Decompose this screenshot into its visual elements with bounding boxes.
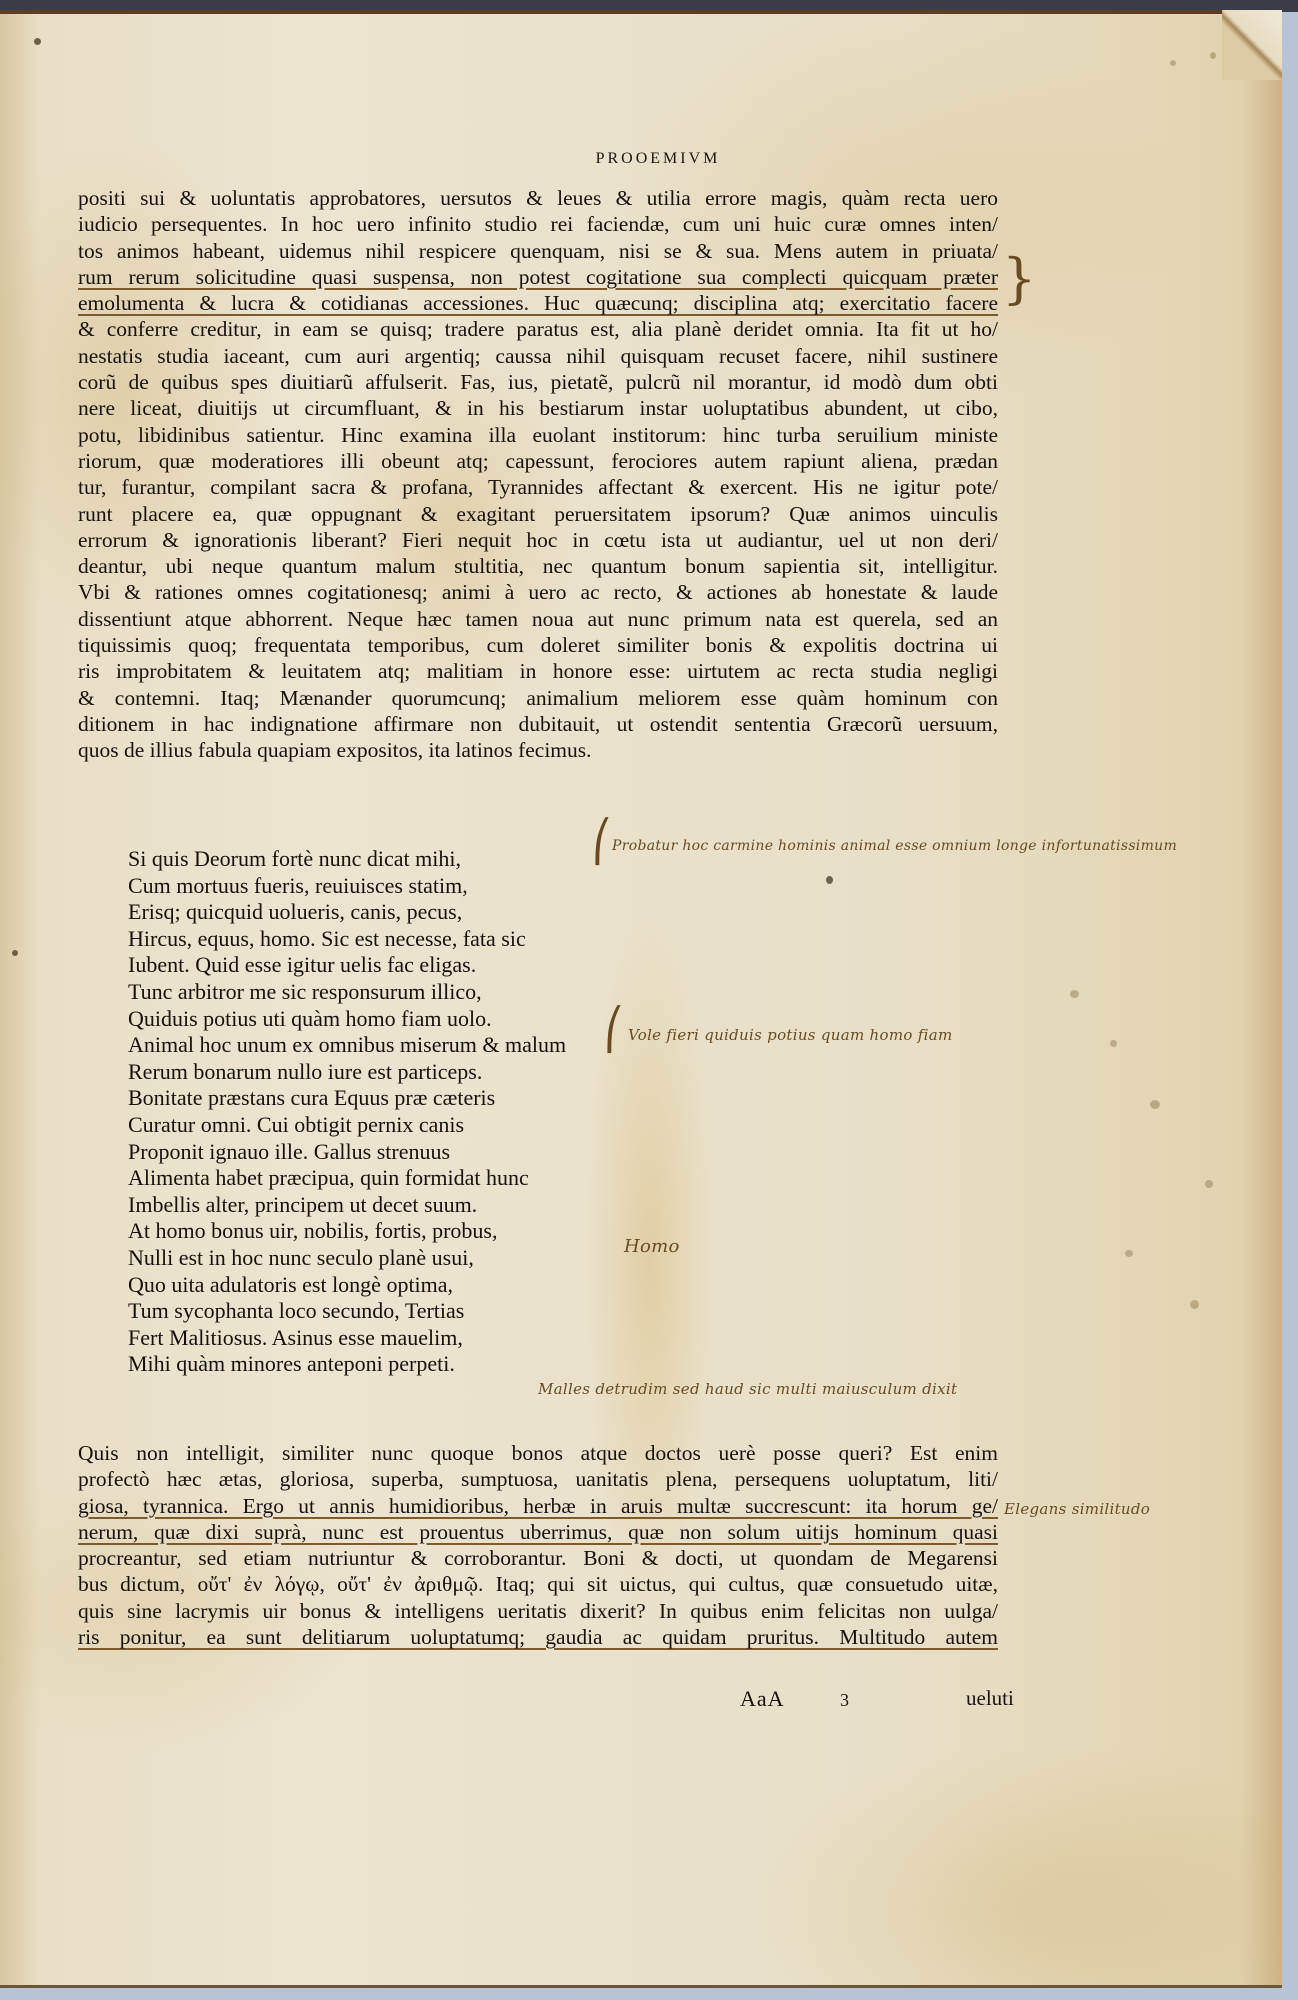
text-line-underlined: emolumenta & lucra & cotidianas accessio…	[78, 290, 998, 316]
marginal-annotation: Homo	[624, 1236, 680, 1257]
verse-line: Tunc arbitror me sic responsurum illico,	[128, 979, 566, 1006]
text-line: procreantur, sed etiam nutriuntur & corr…	[78, 1545, 998, 1571]
text-line: nere liceat, diuitijs ut circumfluant, &…	[78, 395, 998, 421]
verse-line: At homo bonus uir, nobilis, fortis, prob…	[128, 1218, 566, 1245]
marginal-annotation: Vole fieri quiduis potius quam homo fiam	[628, 1026, 953, 1044]
verse-line: Curatur omni. Cui obtigit pernix canis	[128, 1112, 566, 1139]
verse-line: Hircus, equus, homo. Sic est necesse, fa…	[128, 926, 566, 953]
verse-line: Iubent. Quid esse igitur uelis fac eliga…	[128, 952, 566, 979]
foxing-spot-icon	[1125, 1250, 1133, 1257]
marginal-annotation: Probatur hoc carmine hominis animal esse…	[612, 838, 1177, 854]
text-line: iudicio persequentes. In hoc uero infini…	[78, 211, 998, 237]
verse-line: Quiduis potius uti quàm homo fiam uolo.	[128, 1006, 566, 1033]
text-line: quos de illius fabula quapiam expositos,…	[78, 737, 998, 763]
prose-block-bottom: Quis non intelligit, similiter nunc quoq…	[78, 1440, 998, 1650]
ink-spot-icon	[34, 38, 41, 45]
foxing-spot-icon	[1190, 1300, 1199, 1309]
foxing-spot-icon	[1170, 60, 1176, 66]
foxing-spot-icon	[1070, 990, 1079, 998]
text-line-underlined: ris ponitur, ea sunt delitiarum uoluptat…	[78, 1624, 998, 1650]
text-line: deantur, ubi neque quantum malum stultit…	[78, 553, 998, 579]
foxing-spot-icon	[1110, 1040, 1117, 1047]
text-line-underlined: rum rerum solicitudine quasi suspensa, n…	[78, 264, 998, 290]
signature-mark: AaA	[740, 1686, 785, 1712]
foxing-spot-icon	[1210, 52, 1216, 59]
verse-line: Nulli est in hoc nunc seculo planè usui,	[128, 1245, 566, 1272]
text-line: & conferre creditur, in eam se quisq; tr…	[78, 316, 998, 342]
text-line-underlined: giosa, tyrannica. Ergo ut annis humidior…	[78, 1493, 998, 1519]
foxing-spot-icon	[1150, 1100, 1160, 1109]
text-line: & contemni. Itaq; Mænander quorumcunq; a…	[78, 685, 998, 711]
text-line: riorum, quæ moderatiores illi obeunt atq…	[78, 448, 998, 474]
text-line: runt placere ea, quæ oppugnant & exagita…	[78, 501, 998, 527]
verse-line: Si quis Deorum fortè nunc dicat mihi,	[128, 846, 566, 873]
text-line: Quis non intelligit, similiter nunc quoq…	[78, 1440, 998, 1466]
catchword: ueluti	[966, 1686, 1014, 1711]
text-line: quis sine lacrymis uir bonus & intellige…	[78, 1598, 998, 1624]
text-line: tur, furantur, compilant sacra & profana…	[78, 474, 998, 500]
verse-line: Animal hoc unum ex omnibus miserum & mal…	[128, 1032, 566, 1059]
text-line: potu, libidinibus satientur. Hinc examin…	[78, 422, 998, 448]
folded-corner	[1222, 10, 1282, 80]
margin-bracket-icon: ⎛	[604, 1010, 624, 1050]
text-line: ris improbitatem & leuitatem atq; maliti…	[78, 658, 998, 684]
text-line: ditionem in hac indignatione affirmare n…	[78, 711, 998, 737]
ink-spot-icon	[12, 950, 18, 956]
verse-line: Erisq; quicquid uolueris, canis, pecus,	[128, 899, 566, 926]
verse-line: Bonitate præstans cura Equus præ cæteris	[128, 1085, 566, 1112]
prose-block-top: positi sui & uoluntatis approbatores, ue…	[78, 185, 998, 764]
text-line: positi sui & uoluntatis approbatores, ue…	[78, 185, 998, 211]
verse-line: Imbellis alter, principem ut decet suum.	[128, 1192, 566, 1219]
text-line: Vbi & rationes omnes cogitationesq; anim…	[78, 579, 998, 605]
running-head: PROOEMIVM	[0, 150, 1298, 168]
verse-line: Alimenta habet præcipua, quin formidat h…	[128, 1165, 566, 1192]
text-line: tos animos habeant, uidemus nihil respic…	[78, 238, 998, 264]
text-line-underlined: nerum, quæ dixi suprà, nunc est prouentu…	[78, 1519, 998, 1545]
margin-bracket-icon: ⎛	[592, 822, 612, 862]
text-line: tiquissimis quoq; frequentata temporibus…	[78, 632, 998, 658]
text-line: bus dictum, οὔτ' ἐν λόγῳ, οὔτ' ἐν ἀριθμῷ…	[78, 1571, 998, 1597]
verse-line: Tum sycophanta loco secundo, Tertias	[128, 1298, 566, 1325]
text-line: profectò hæc ætas, gloriosa, superba, su…	[78, 1466, 998, 1492]
verse-line: Quo uita adulatoris est longè optima,	[128, 1272, 566, 1299]
verse-line: Rerum bonarum nullo iure est particeps.	[128, 1059, 566, 1086]
verse-line: Fert Malitiosus. Asinus esse mauelim,	[128, 1325, 566, 1352]
verse-line: Mihi quàm minores anteponi perpeti.	[128, 1351, 566, 1378]
text-line: dissentiunt atque abhorrent. Neque hæc t…	[78, 606, 998, 632]
foxing-spot-icon	[1205, 1180, 1213, 1188]
text-line: corũ de quibus spes diuitiarũ affulserit…	[78, 369, 998, 395]
marginal-annotation: Malles detrudim sed haud sic multi maius…	[538, 1380, 957, 1398]
verse-block: Si quis Deorum fortè nunc dicat mihi, Cu…	[128, 846, 566, 1378]
marginal-annotation: Elegans similitudo	[1004, 1500, 1150, 1518]
verse-line: Proponit ignauo ille. Gallus strenuus	[128, 1139, 566, 1166]
verse-line: Cum mortuus fueris, reuiuisces statim,	[128, 873, 566, 900]
text-line: nestatis studia iaceant, cum auri argent…	[78, 343, 998, 369]
signature-number: 3	[840, 1690, 849, 1711]
ink-spot-icon	[826, 876, 833, 884]
running-head-text: PROOEMIVM	[596, 150, 721, 168]
margin-bracket-icon: }	[1002, 252, 1036, 306]
text-line: errorum & ignorationis liberant? Fieri n…	[78, 527, 998, 553]
